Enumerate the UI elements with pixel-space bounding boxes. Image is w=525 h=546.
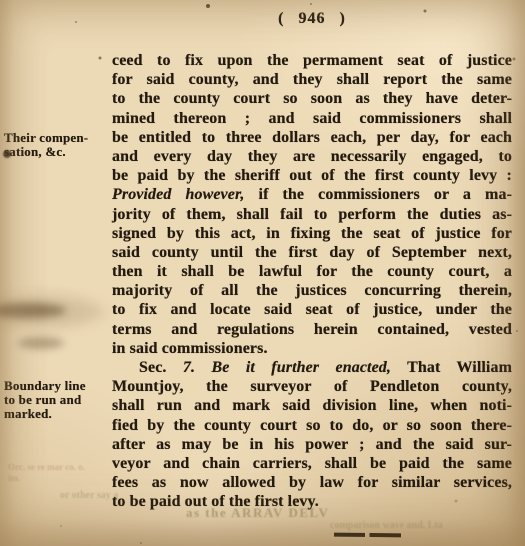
text-line: to be paid out of the first levy. bbox=[112, 492, 512, 511]
text-line: and every day they are necessarily engag… bbox=[112, 147, 512, 166]
margin-note-line: to be run and bbox=[4, 393, 110, 407]
margin-note-boundary: Boundary lineto be run andmarked. bbox=[4, 379, 110, 421]
text-segment: majority of all the justices concurring … bbox=[112, 282, 512, 299]
scanned-book-page: Orc. se re mar co. o. im. or other say a… bbox=[0, 0, 525, 546]
text-line: Provided however, if the commissioners o… bbox=[112, 185, 512, 204]
text-segment: to fix and locate said seat of justice, … bbox=[112, 301, 512, 318]
text-segment: in said commissioners. bbox=[112, 340, 268, 357]
ink-smudge bbox=[18, 337, 64, 349]
text-line: Mountjoy, the surveyor of Pendleton coun… bbox=[112, 377, 512, 396]
text-segment: for said county, and they shall report t… bbox=[112, 71, 512, 88]
margin-note-line: sation, &c. bbox=[4, 145, 110, 159]
text-line: veyor and chain carriers, shall be paid … bbox=[112, 454, 512, 473]
text-line: terms and regulations herein contained, … bbox=[112, 320, 512, 339]
text-line: be paid by the sheriff out of the first … bbox=[112, 166, 512, 185]
text-line: jority of them, shall fail to perform th… bbox=[112, 205, 512, 224]
margin-note-line: Their compen- bbox=[4, 131, 110, 145]
text-segment: then it shall be lawful for the county c… bbox=[112, 263, 512, 280]
text-line: after as may be in his power ; and the s… bbox=[112, 435, 512, 454]
text-line: to fix and locate said seat of justice, … bbox=[112, 300, 512, 319]
text-segment: mined thereon ; and said commissioners s… bbox=[112, 110, 512, 127]
text-line: then it shall be lawful for the county c… bbox=[112, 262, 512, 281]
text-segment: be paid by the sheriff out of the first … bbox=[112, 167, 512, 184]
text-line: mined thereon ; and said commissioners s… bbox=[112, 109, 512, 128]
italic-text-segment: Provided however, bbox=[112, 186, 245, 203]
text-segment: Mountjoy, the surveyor of Pendleton coun… bbox=[112, 378, 512, 395]
text-line: shall run and mark said division line, w… bbox=[112, 396, 512, 415]
text-line: be entitled to three dollars each, per d… bbox=[112, 128, 512, 147]
text-segment: if the commissioners or a ma- bbox=[245, 186, 513, 203]
text-segment: fees as now allowed by law for similar s… bbox=[112, 474, 512, 491]
text-segment: and every day they are necessarily engag… bbox=[112, 148, 512, 165]
text-segment: Sec. bbox=[139, 359, 183, 376]
bleed-through-text: Orc. se re mar co. o. im. bbox=[8, 462, 98, 484]
text-line: Sec. 7. Be it further enacted, That Will… bbox=[112, 358, 512, 377]
text-segment: after as may be in his power ; and the s… bbox=[112, 436, 512, 453]
text-block: ceed to fix upon the permament seat of j… bbox=[112, 51, 512, 512]
bleed-through-text: or other say a bbox=[60, 490, 118, 501]
text-segment: fied by the county court so to do, or so… bbox=[112, 417, 512, 434]
text-line: majority of all the justices concurring … bbox=[112, 281, 512, 300]
text-segment: ceed to fix upon the permament seat of j… bbox=[112, 52, 512, 69]
text-segment: to the county court so soon as they have… bbox=[112, 90, 512, 107]
margin-note-line: marked. bbox=[4, 407, 110, 421]
text-line: in said commissioners. bbox=[112, 339, 512, 358]
margin-note-compensation: Their compen-sation, &c. bbox=[4, 131, 110, 159]
italic-text-segment: 7. Be it further enacted, bbox=[183, 359, 391, 376]
text-segment: terms and regulations herein contained, … bbox=[112, 321, 512, 338]
bleed-through-text: comparison wave and. Lta bbox=[330, 520, 515, 531]
text-segment: be entitled to three dollars each, per d… bbox=[112, 129, 512, 146]
text-segment: to be paid out of the first levy. bbox=[112, 493, 319, 510]
text-line: fees as now allowed by law for similar s… bbox=[112, 473, 512, 492]
paper-specks bbox=[0, 0, 2, 2]
text-segment: shall run and mark said division line, w… bbox=[112, 397, 512, 414]
text-line: said county until the first day of Septe… bbox=[112, 243, 512, 262]
text-segment: That William bbox=[391, 359, 512, 376]
text-line: to the county court so soon as they have… bbox=[112, 89, 512, 108]
page-number: ( 946 ) bbox=[112, 10, 512, 28]
section-divider-rule bbox=[334, 533, 401, 537]
text-segment: said county until the first day of Septe… bbox=[112, 244, 512, 261]
text-line: fied by the county court so to do, or so… bbox=[112, 416, 512, 435]
text-segment: veyor and chain carriers, shall be paid … bbox=[112, 455, 512, 472]
margin-note-line: Boundary line bbox=[4, 379, 110, 393]
text-segment: signed by this act, in fixing the seat o… bbox=[112, 225, 512, 242]
text-line: signed by this act, in fixing the seat o… bbox=[112, 224, 512, 243]
text-line: for said county, and they shall report t… bbox=[112, 70, 512, 89]
text-line: ceed to fix upon the permament seat of j… bbox=[112, 51, 512, 70]
text-segment: jority of them, shall fail to perform th… bbox=[112, 206, 512, 223]
